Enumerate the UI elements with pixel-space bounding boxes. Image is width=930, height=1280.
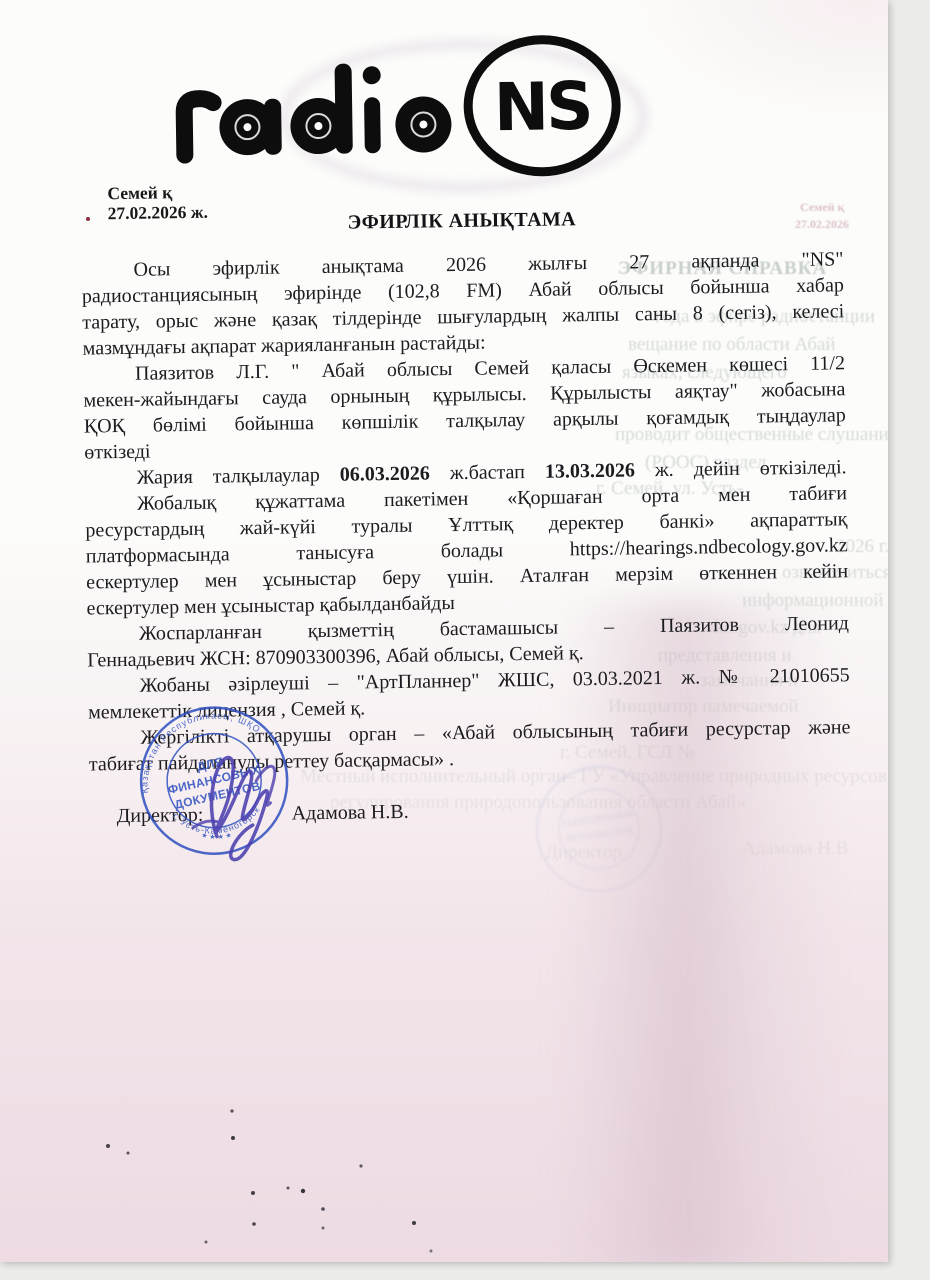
paragraph: Жобалық құжаттама пакетімен «Қоршаған ор… (85, 480, 849, 621)
radio-ns-logo: NS (169, 30, 623, 185)
scanned-document-page: ЭФИРНАЯ СПРАВКАСемей қ27.02.2026года в э… (0, 0, 888, 1262)
paragraph: Осы эфирлік анықтама 2026 жылғы 27 ақпан… (81, 246, 844, 361)
paragraph: Паязитов Л.Г. " Абай облысы Семей қаласы… (83, 350, 846, 465)
document-content: NS Семей қ 27.02.2026 ж. ЭФИРЛІК АНЫҚТАМ… (0, 0, 888, 1262)
document-body: Осы эфирлік анықтама 2026 жылғы 27 ақпан… (81, 246, 851, 777)
header-city: Семей қ (107, 182, 207, 203)
scan-speckles (0, 0, 2, 2)
logo-ns-text: NS (493, 68, 591, 146)
logo-letter-r (184, 98, 214, 155)
director-signature (186, 740, 300, 874)
signature-name: Адамова Н.В. (291, 801, 408, 826)
